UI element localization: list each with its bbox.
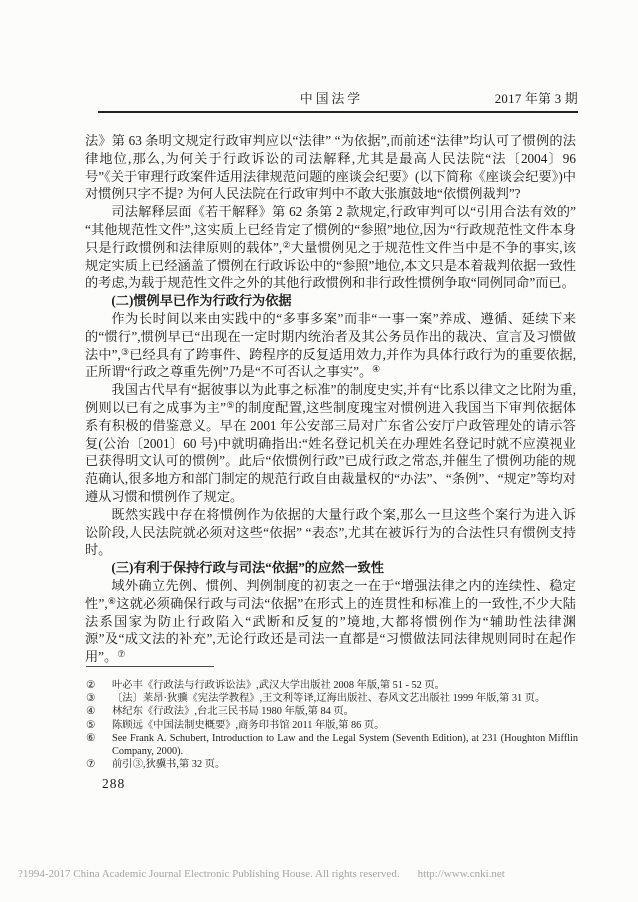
paragraph-judicial-interpretation: 司法解释层面《若干解释》第 62 条第 2 款规定,行政审判可以“引用合法有效的… bbox=[85, 203, 576, 292]
footnotes-section: ②叶必丰《行政法与行政诉讼法》,武汉大学出版社 2008 年版,第 51 - 5… bbox=[86, 679, 578, 771]
paragraph-ancient-history: 我国古代早有“据彼事以为此事之标准”的制度史实,并有“比系以律文之比附为重,例则… bbox=[85, 381, 576, 506]
footnote-text: 陈顾远《中国法制史概要》,商务印书馆 2011 年版,第 86 页。 bbox=[112, 720, 384, 731]
section-heading-3: (三)有利于保持行政与司法“依据”的应然一致性 bbox=[85, 559, 576, 577]
footnote-marker: ⑥ bbox=[86, 732, 112, 745]
paragraph-custom-practice: 作为长时间以来由实践中的“多事多案”而非“一事一案”养成、遵循、延续下来的“惯行… bbox=[85, 310, 576, 381]
footnote: ⑦前引③,狄骥书,第 32 页。 bbox=[86, 758, 578, 771]
paragraph-litigation-stage: 既然实践中存在将惯例作为依据的大量行政个案,那么一旦这些个案行为进入诉讼阶段,人… bbox=[85, 506, 576, 559]
footnote-text: 林纪东《行政法》,台北三民书局 1980 年版,第 84 页。 bbox=[112, 706, 354, 717]
journal-page: 中国法学 2017 年第 3 期 法》第 63 条明文规定行政审判应以“法律” … bbox=[0, 0, 638, 902]
footnote: ②叶必丰《行政法与行政诉讼法》,武汉大学出版社 2008 年版,第 51 - 5… bbox=[86, 679, 578, 692]
footnote-marker: ④ bbox=[86, 705, 112, 718]
page-header: 中国法学 2017 年第 3 期 bbox=[85, 88, 578, 106]
footnote: ③〔法〕莱昂·狄骥《宪法学教程》,王文利等译,辽海出版社、春风文艺出版社 199… bbox=[86, 692, 578, 705]
footnote-text: 前引③,狄骥书,第 32 页。 bbox=[112, 759, 225, 770]
header-rule bbox=[98, 111, 578, 113]
footnote-marker: ③ bbox=[86, 692, 112, 705]
paragraph-foreign-systems: 域外确立先例、惯例、判例制度的初衷之一在于“增强法律之内的连续性、稳定性”,⑥这… bbox=[85, 577, 576, 666]
copyright-text: ?1994-2017 China Academic Journal Electr… bbox=[18, 868, 400, 880]
page-number: 288 bbox=[102, 776, 125, 792]
footnote-text: 〔法〕莱昂·狄骥《宪法学教程》,王文利等译,辽海出版社、春风文艺出版社 1999… bbox=[112, 693, 545, 704]
footnote-text: See Frank A. Schubert, Introduction to L… bbox=[112, 733, 578, 757]
footnote: ④林纪东《行政法》,台北三民书局 1980 年版,第 84 页。 bbox=[86, 705, 578, 718]
article-body: 法》第 63 条明文规定行政审判应以“法律” “为依据”,而前述“法律”均认可了… bbox=[85, 132, 576, 666]
footnote: ⑤陈顾远《中国法制史概要》,商务印书馆 2011 年版,第 86 页。 bbox=[86, 719, 578, 732]
footer-url: http://www.cnki.net bbox=[418, 868, 505, 880]
footnote: ⑥See Frank A. Schubert, Introduction to … bbox=[86, 732, 578, 758]
footnote-rule bbox=[86, 666, 214, 667]
footnote-marker: ⑤ bbox=[86, 719, 112, 732]
paragraph-continuation: 法》第 63 条明文规定行政审判应以“法律” “为依据”,而前述“法律”均认可了… bbox=[85, 132, 576, 203]
issue-label: 2017 年第 3 期 bbox=[495, 88, 578, 107]
footnote-marker: ⑦ bbox=[86, 758, 112, 771]
section-heading-2: (二)惯例早已作为行政行为依据 bbox=[85, 292, 576, 310]
footnote-text: 叶必丰《行政法与行政诉讼法》,武汉大学出版社 2008 年版,第 51 - 52… bbox=[112, 680, 445, 691]
footnote-marker: ② bbox=[86, 679, 112, 692]
watermark-footer: ?1994-2017 China Academic Journal Electr… bbox=[18, 868, 505, 880]
